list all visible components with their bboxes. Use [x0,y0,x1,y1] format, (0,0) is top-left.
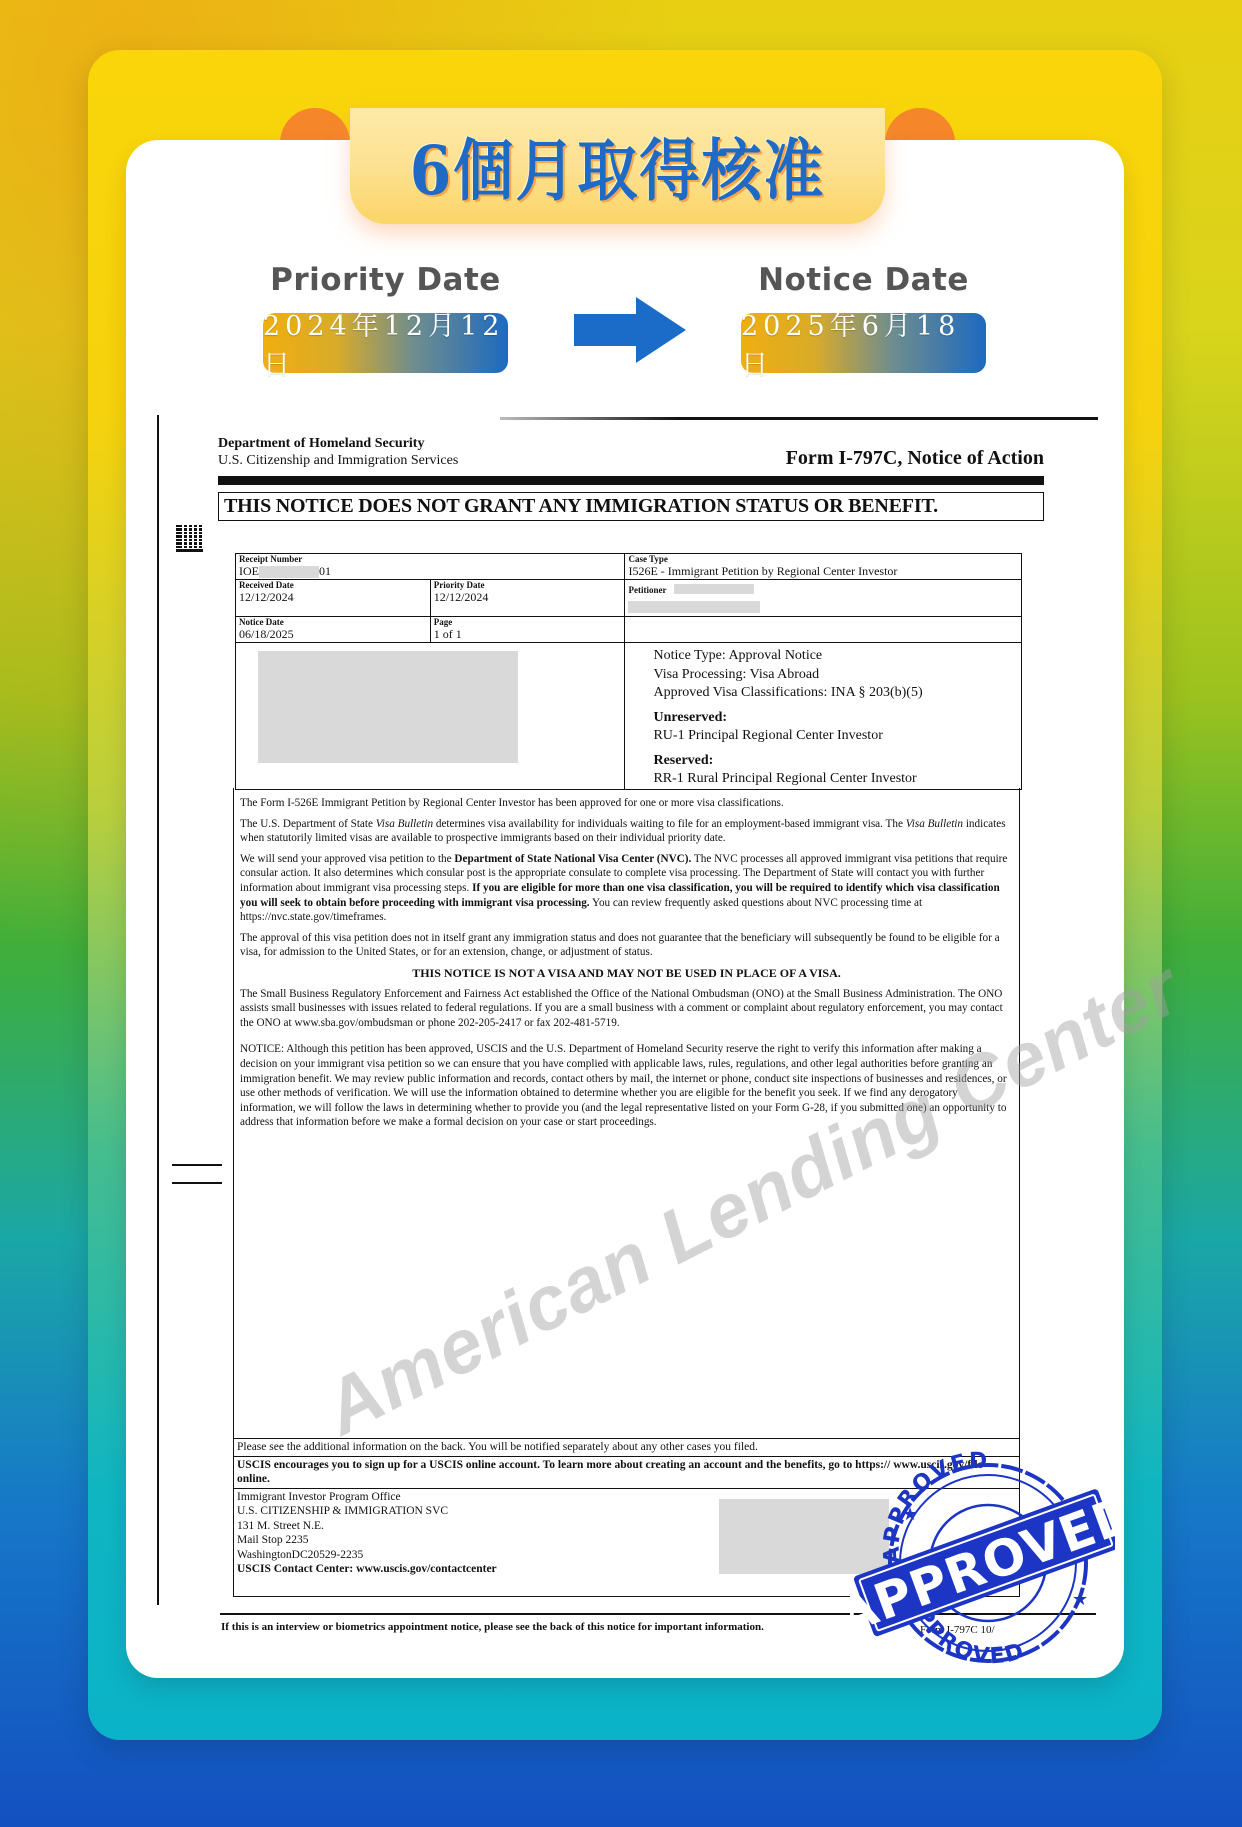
case-info-table: Receipt Number IOE01 Case Type I526E - I… [235,553,1022,790]
redacted-receipt [259,566,319,578]
agency-header: Department of Homeland Security U.S. Cit… [218,435,458,469]
verification-notice: NOTICE: Although this petition has been … [240,1042,1013,1130]
received-date-cell: Received Date 12/12/2024 [236,580,431,617]
redacted-beneficiary [258,651,518,763]
biometrics-footer-note: If this is an interview or biometrics ap… [221,1621,764,1633]
page-edge-line [157,415,159,1605]
svg-text:★: ★ [902,1504,918,1524]
notice-body: The Form I-526E Immigrant Petition by Re… [233,788,1020,1439]
receipt-suffix: 01 [319,564,331,578]
unreserved-value: RU-1 Principal Regional Center Investor [653,727,1018,746]
beneficiary-cell [236,643,625,790]
approval-details-cell: Notice Type: Approval Notice Visa Proces… [625,643,1022,790]
approved-stamp-icon: APPROVED APPROVED ★ ★ ★ ★ APPROVED [850,1445,1115,1670]
visa-classifications: Approved Visa Classifications: INA § 203… [653,684,1018,703]
redacted-petitioner [674,584,754,594]
reserved-label: Reserved: [653,752,1018,771]
right-arrow-icon [574,297,686,363]
title-ribbon: 6個月取得核准 [350,108,885,224]
service-name: U.S. Citizenship and Immigration Service… [218,452,458,469]
receipt-prefix: IOE [239,564,259,578]
case-type-cell: Case Type I526E - Immigrant Petition by … [625,554,1022,580]
visa-processing: Visa Processing: Visa Abroad [653,666,1018,685]
side-mark [172,1164,222,1166]
petitioner-cell: Petitioner [625,580,1022,617]
receipt-number-cell: Receipt Number IOE01 [236,554,625,580]
header-bar [218,476,1044,485]
page-title: 6個月取得核准 [410,118,826,214]
body-paragraph: The approval of this visa petition does … [240,931,1013,960]
unreserved-label: Unreserved: [653,709,1018,728]
priority-date-badge: 2024年12月12日 [263,313,508,373]
svg-text:★: ★ [1072,1589,1088,1609]
body-paragraph: We will send your approved visa petition… [240,852,1013,925]
notice-date-cell: Notice Date 06/18/2025 [236,617,431,643]
body-paragraph: The Form I-526E Immigrant Petition by Re… [240,796,1013,811]
redacted-petitioner-address [628,601,760,613]
side-mark [172,1182,222,1184]
barcode-icon [176,525,203,552]
page-cell: Page 1 of 1 [430,617,625,643]
status-banner: THIS NOTICE DOES NOT GRANT ANY IMMIGRATI… [218,492,1044,521]
body-paragraph: The U.S. Department of State Visa Bullet… [240,817,1013,846]
department-name: Department of Homeland Security [218,435,458,452]
body-paragraph: The Small Business Regulatory Enforcemen… [240,987,1013,1031]
reserved-value: RR-1 Rural Principal Regional Center Inv… [653,770,1018,789]
notice-date-badge: 2025年6月18日 [741,313,986,373]
priority-date-label: Priority Date [263,262,508,298]
priority-date-cell: Priority Date 12/12/2024 [430,580,625,617]
page-top-line [500,417,1098,420]
not-a-visa-notice: THIS NOTICE IS NOT A VISA AND MAY NOT BE… [240,966,1013,981]
form-title: Form I-797C, Notice of Action [786,447,1044,470]
notice-date-label: Notice Date [741,262,986,298]
notice-type: Notice Type: Approval Notice [653,647,1018,666]
